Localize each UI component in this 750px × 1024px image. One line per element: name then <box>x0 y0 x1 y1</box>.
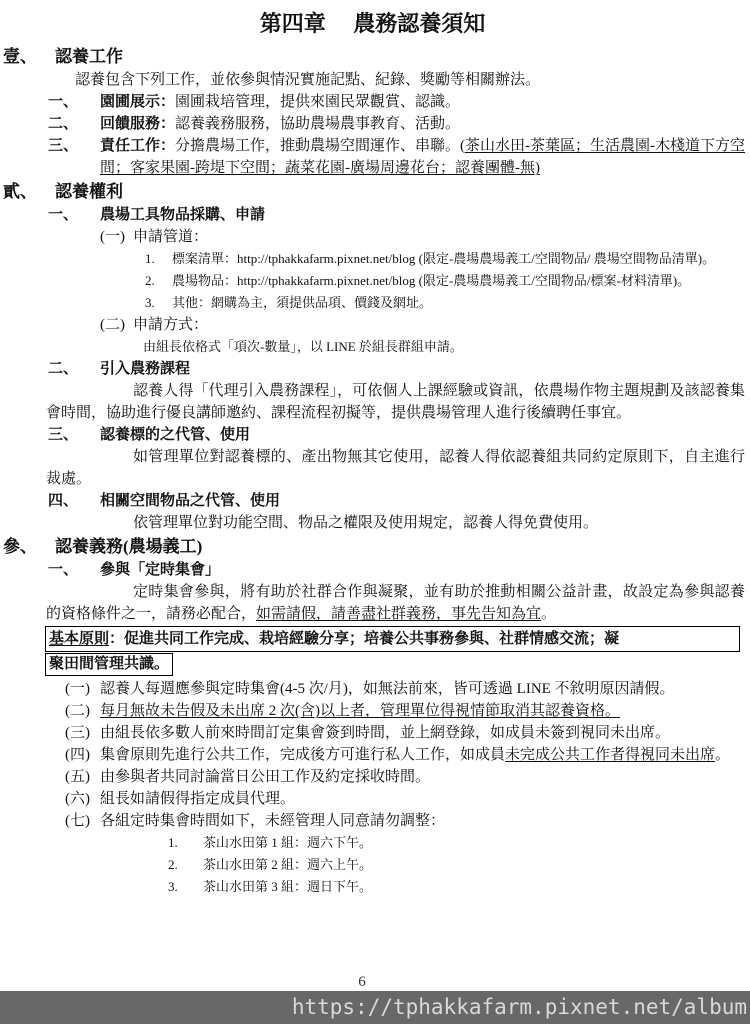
list-marker: (三) <box>65 722 100 744</box>
list-marker: 壹、 <box>3 44 55 69</box>
list-item: 1.茶山水田第 1 組：週六下午。 <box>168 832 745 854</box>
document-body: 壹、認養工作認養包含下列工作，並依參與情況實施記點、紀錄、獎勵等相關辦法。一、園… <box>0 44 745 898</box>
text-segment: 由組長依多數人前來時間訂定集會簽到時間，並上網登錄，如成員未簽到視同未出席。 <box>100 725 670 741</box>
list-marker: 三、 <box>48 424 100 446</box>
url-text: http://tphakkafarm.pixnet.net/blog <box>237 273 415 288</box>
list-item: (二)每月無故未告假及未出席 2 次(含)以上者，管理單位得視情節取消其認養資格… <box>80 700 745 722</box>
text-segment: 回饋服務： <box>100 116 175 132</box>
list-marker: 二、 <box>48 113 100 135</box>
document-page: 第四章 農務認養須知 壹、認養工作認養包含下列工作，並依參與情況實施記點、紀錄、… <box>0 0 750 1024</box>
text-segment: 聚田間管理共識。 <box>45 653 173 676</box>
list-marker: (二) <box>65 700 100 722</box>
text-segment: 依管理單位對功能空間、物品之權限及使用規定，認養人得免費使用。 <box>133 515 598 531</box>
list-item: (六)組長如請假得指定成員代理。 <box>80 788 745 810</box>
list-marker: 四、 <box>48 490 100 512</box>
text-segment: 如需請假，請善盡社群義務，事先告知為宜 <box>256 606 541 622</box>
list-marker: (四) <box>65 744 100 766</box>
text-segment: 茶山水田第 1 組：週六下午。 <box>203 835 372 850</box>
list-marker: 三、 <box>48 135 100 157</box>
list-marker: 一、 <box>48 204 100 226</box>
list-item: 一、園圃展示：園圃栽培管理，提供來園民眾觀賞、認識。 <box>100 91 745 113</box>
subsection-heading: 一、參與「定時集會」 <box>100 559 745 581</box>
text-segment: 認養人得「代理引入農務課程」，可依個人上課經驗或資訊，依農場作物主題規劃及該認養… <box>46 383 745 421</box>
text-segment: 農場物品： <box>172 273 237 288</box>
text-segment: 。 <box>541 606 556 622</box>
section-1-heading: 壹、認養工作 <box>3 44 745 69</box>
document-content: 第四章 農務認養須知 壹、認養工作認養包含下列工作，並依參與情況實施記點、紀錄、… <box>0 0 750 898</box>
list-marker: (二) <box>100 317 125 333</box>
list-marker: 2. <box>145 270 172 292</box>
subsection-heading: 三、認養標的之代管、使用 <box>100 424 745 446</box>
text-segment: 基本原則 <box>49 631 109 647</box>
text-segment: 申請管道： <box>133 229 208 245</box>
paragraph: 認養人得「代理引入農務課程」，可依個人上課經驗或資訊，依農場作物主題規劃及該認養… <box>46 380 745 424</box>
text-segment: 責任工作： <box>100 138 175 154</box>
text-segment: 認養人每週應參與定時集會(4-5 次/月)，如無法前來，皆可透過 LINE 不敘… <box>100 681 675 697</box>
list-item: (七)各組定時集會時間如下，未經管理人同意請勿調整： <box>80 810 745 832</box>
list-marker: 貳、 <box>3 179 55 204</box>
list-item: 二、回饋服務：認養義務服務，協助農場農事教育、活動。 <box>100 113 745 135</box>
list-marker: (一) <box>65 678 100 700</box>
list-item: 三、責任工作：分擔農場工作，推動農場空間運作、串聯。(茶山水田-茶葉區；生活農園… <box>100 135 745 179</box>
list-marker: (六) <box>65 788 100 810</box>
text-segment: 認養義務(農場義工) <box>55 537 202 556</box>
text-segment: 茶山水田第 3 組：週日下午。 <box>203 879 372 894</box>
text-segment: 參與「定時集會」 <box>100 562 220 578</box>
list-marker: 參、 <box>3 534 55 559</box>
section-3-heading: 參、認養義務(農場義工) <box>3 534 745 559</box>
subsection-heading: 四、相關空間物品之代管、使用 <box>100 490 745 512</box>
list-marker: 3. <box>168 876 203 898</box>
page-number: 6 <box>350 974 374 991</box>
watermark-bar: https://tphakkafarm.pixnet.net/album <box>0 991 750 1024</box>
list-item: (一)認養人每週應參與定時集會(4-5 次/月)，如無法前來，皆可透過 LINE… <box>80 678 745 700</box>
list-item: (三)由組長依多數人前來時間訂定集會簽到時間，並上網登錄，如成員未簽到視同未出席… <box>80 722 745 744</box>
text-segment: 組長如請假得指定成員代理。 <box>100 791 295 807</box>
chapter-title: 第四章 農務認養須知 <box>0 8 745 40</box>
list-marker: 二、 <box>48 358 100 380</box>
section-2-heading: 貳、認養權利 <box>3 179 745 204</box>
text-segment: 分擔農場工作，推動農場空間運作、串聯。( <box>175 138 465 154</box>
text-segment: 集會原則先進行公共工作，完成後方可進行私人工作，如成員 <box>100 747 505 763</box>
text-segment: 由參與者共同討論當日公田工作及約定採收時間。 <box>100 769 430 785</box>
text-segment: ：促進共同工作完成、栽培經驗分享；培養公共事務參與、社群情感交流；凝 <box>109 631 619 647</box>
list-item: (五)由參與者共同討論當日公田工作及約定採收時間。 <box>80 766 745 788</box>
list-marker: (一) <box>100 229 125 245</box>
text-segment: 每月無故未告假及未出席 2 次(含)以上者，管理單位得視情節取消其認養資格。 <box>100 703 620 719</box>
text-segment: (限定-農場農場義工/空間物品/ 農場空間物品清單)。 <box>415 251 715 266</box>
text-segment: 標案清單： <box>172 251 237 266</box>
text-segment: 認養包含下列工作，並依參與情況實施記點、紀錄、獎勵等相關辦法。 <box>75 72 540 88</box>
subsection-heading: 二、引入農務課程 <box>100 358 745 380</box>
list-item: 2.農場物品：http://tphakkafarm.pixnet.net/blo… <box>145 270 745 292</box>
text-segment: 茶山水田第 2 組：週六上午。 <box>203 857 372 872</box>
list-item: 3.其他：網購為主，須提供品項、價錢及網址。 <box>145 292 745 314</box>
paragraph: 如管理單位對認養標的、產出物無其它使用，認養人得依認養組共同約定原則下，自主進行… <box>46 446 745 490</box>
boxed-note: 基本原則：促進共同工作完成、栽培經驗分享；培養公共事務參與、社群情感交流；凝 <box>45 626 740 652</box>
list-item: (一)申請管道： <box>100 226 745 248</box>
paragraph: 由組長依格式「項次-數量」，以 LINE 於組長群組申請。 <box>143 336 745 358</box>
text-segment: 引入農務課程 <box>100 361 190 377</box>
text-segment: 園圃栽培管理，提供來園民眾觀賞、認識。 <box>175 94 460 110</box>
list-marker: 1. <box>145 248 172 270</box>
list-item: 3.茶山水田第 3 組：週日下午。 <box>168 876 745 898</box>
list-marker: 2. <box>168 854 203 876</box>
paragraph: 依管理單位對功能空間、物品之權限及使用規定，認養人得免費使用。 <box>46 512 745 534</box>
text-segment: 未完成公共工作者得視同未出席 <box>505 747 715 763</box>
text-segment: 農場工具物品採購、申請 <box>100 207 265 223</box>
text-segment: 由組長依格式「項次-數量」，以 LINE 於組長群組申請。 <box>143 339 463 354</box>
text-segment: 園圃展示： <box>100 94 175 110</box>
text-segment: 相關空間物品之代管、使用 <box>100 493 280 509</box>
text-segment: 各組定時集會時間如下，未經管理人同意請勿調整： <box>100 813 445 829</box>
paragraph: 認養包含下列工作，並依參與情況實施記點、紀錄、獎勵等相關辦法。 <box>75 69 745 91</box>
list-marker: (五) <box>65 766 100 788</box>
list-item: (四)集會原則先進行公共工作，完成後方可進行私人工作，如成員未完成公共工作者得視… <box>80 744 745 766</box>
list-marker: (七) <box>65 810 100 832</box>
list-item: 2.茶山水田第 2 組：週六上午。 <box>168 854 745 876</box>
watermark-url: https://tphakkafarm.pixnet.net/album <box>292 995 747 1019</box>
text-segment: 認養權利 <box>55 182 123 201</box>
text-segment: 認養工作 <box>55 47 123 66</box>
list-item: 1.標案清單：http://tphakkafarm.pixnet.net/blo… <box>145 248 745 270</box>
subsection-heading: 一、農場工具物品採購、申請 <box>100 204 745 226</box>
boxed-note: 聚田間管理共識。 <box>45 652 745 676</box>
list-marker: 一、 <box>48 91 100 113</box>
text-segment: 其他：網購為主，須提供品項、價錢及網址。 <box>172 295 432 310</box>
paragraph: 定時集會參與，將有助於社群合作與凝聚，並有助於推動相關公益計畫，故設定為參與認養… <box>46 581 745 625</box>
text-segment: (限定-農場農場義工/空間物品/標案-材料清單)。 <box>415 273 690 288</box>
list-marker: 3. <box>145 292 172 314</box>
text-segment: 認養標的之代管、使用 <box>100 427 250 443</box>
list-marker: 1. <box>168 832 203 854</box>
list-item: (二)申請方式： <box>100 314 745 336</box>
text-segment: 申請方式： <box>133 317 208 333</box>
text-segment: 認養義務服務，協助農場農事教育、活動。 <box>175 116 460 132</box>
url-text: http://tphakkafarm.pixnet.net/blog <box>237 251 415 266</box>
list-marker: 一、 <box>48 559 100 581</box>
text-segment: 。 <box>715 747 730 763</box>
text-segment: 如管理單位對認養標的、產出物無其它使用，認養人得依認養組共同約定原則下，自主進行… <box>46 449 745 487</box>
